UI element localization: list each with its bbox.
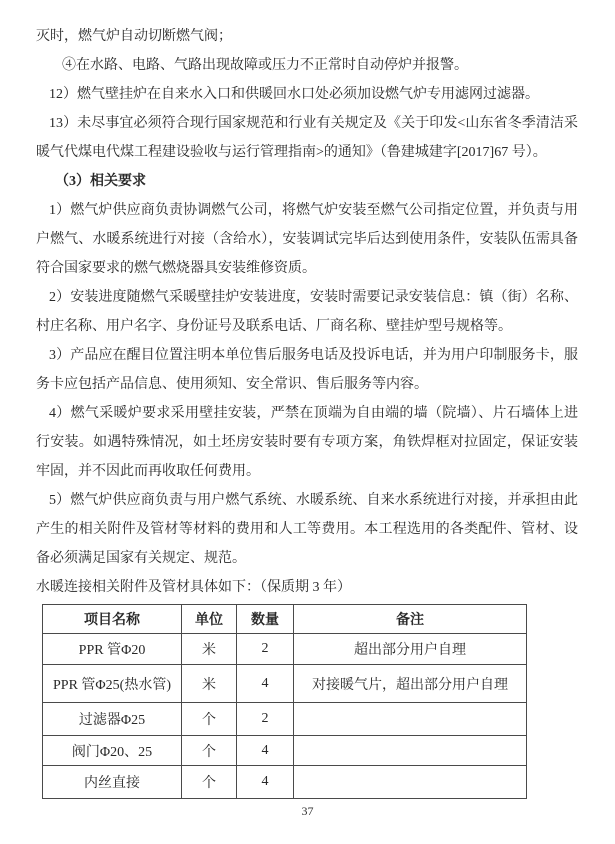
paragraph: 13）未尽事宜必须符合现行国家规范和行业有关规定及《关于印发<山东省冬季清洁采暖… [36, 109, 578, 167]
table-header-cell: 项目名称 [43, 605, 182, 634]
table-header-cell: 单位 [182, 605, 237, 634]
table-cell [294, 736, 527, 766]
table-row: 过滤器Φ25个2 [43, 703, 527, 736]
paragraph: 1）燃气炉供应商负责协调燃气公司，将燃气炉安装至燃气公司指定位置，并负责与用户燃… [36, 196, 578, 283]
paragraph: 4）燃气采暖炉要求采用壁挂安装，严禁在顶端为自由端的墙（院墙）、片石墙体上进行安… [36, 399, 578, 486]
table-cell: 个 [182, 766, 237, 799]
table-row: 内丝直接个4 [43, 766, 527, 799]
paragraph: 5）燃气炉供应商负责与用户燃气系统、水暖系统、自来水系统进行对接，并承担由此产生… [36, 486, 578, 573]
table-cell [294, 703, 527, 736]
paragraph: 12）燃气壁挂炉在自来水入口和供暖回水口处必须加设燃气炉专用滤网过滤器。 [36, 80, 578, 109]
table-cell: 个 [182, 703, 237, 736]
page-number: 37 [0, 804, 615, 819]
table-header-row: 项目名称单位数量备注 [43, 605, 527, 634]
document-body: 灭时，燃气炉自动切断燃气阀；④在水路、电路、气路出现故障或压力不正常时自动停炉并… [36, 22, 578, 602]
table-cell: 阀门Φ20、25 [43, 736, 182, 766]
table-row: 阀门Φ20、25个4 [43, 736, 527, 766]
table-cell [294, 766, 527, 799]
table-row: PPR 管Φ25(热水管)米4对接暖气片，超出部分用户自理 [43, 665, 527, 703]
table-cell: 2 [237, 703, 294, 736]
table-header-cell: 数量 [237, 605, 294, 634]
table-cell: 过滤器Φ25 [43, 703, 182, 736]
table-cell: PPR 管Φ25(热水管) [43, 665, 182, 703]
paragraph: 水暖连接相关附件及管材具体如下：（保质期 3 年） [36, 573, 578, 602]
table-cell: 米 [182, 634, 237, 665]
table-cell: 4 [237, 766, 294, 799]
table-cell: 4 [237, 736, 294, 766]
materials-table: 项目名称单位数量备注 PPR 管Φ20米2超出部分用户自理PPR 管Φ25(热水… [42, 604, 527, 799]
table-cell: 对接暖气片，超出部分用户自理 [294, 665, 527, 703]
table-cell: 米 [182, 665, 237, 703]
table-cell: 个 [182, 736, 237, 766]
table-cell: PPR 管Φ20 [43, 634, 182, 665]
table-cell: 2 [237, 634, 294, 665]
table-header-cell: 备注 [294, 605, 527, 634]
table-cell: 超出部分用户自理 [294, 634, 527, 665]
section-heading: （3）相关要求 [36, 167, 578, 196]
paragraph: 灭时，燃气炉自动切断燃气阀； [36, 22, 578, 51]
table-cell: 4 [237, 665, 294, 703]
paragraph: 3）产品应在醒目位置注明本单位售后服务电话及投诉电话，并为用户印制服务卡，服务卡… [36, 341, 578, 399]
paragraph: 2）安装进度随燃气采暖壁挂炉安装进度，安装时需要记录安装信息：镇（街）名称、村庄… [36, 283, 578, 341]
table-cell: 内丝直接 [43, 766, 182, 799]
paragraph: ④在水路、电路、气路出现故障或压力不正常时自动停炉并报警。 [36, 51, 578, 80]
table-row: PPR 管Φ20米2超出部分用户自理 [43, 634, 527, 665]
document-page: 灭时，燃气炉自动切断燃气阀；④在水路、电路、气路出现故障或压力不正常时自动停炉并… [0, 0, 615, 844]
